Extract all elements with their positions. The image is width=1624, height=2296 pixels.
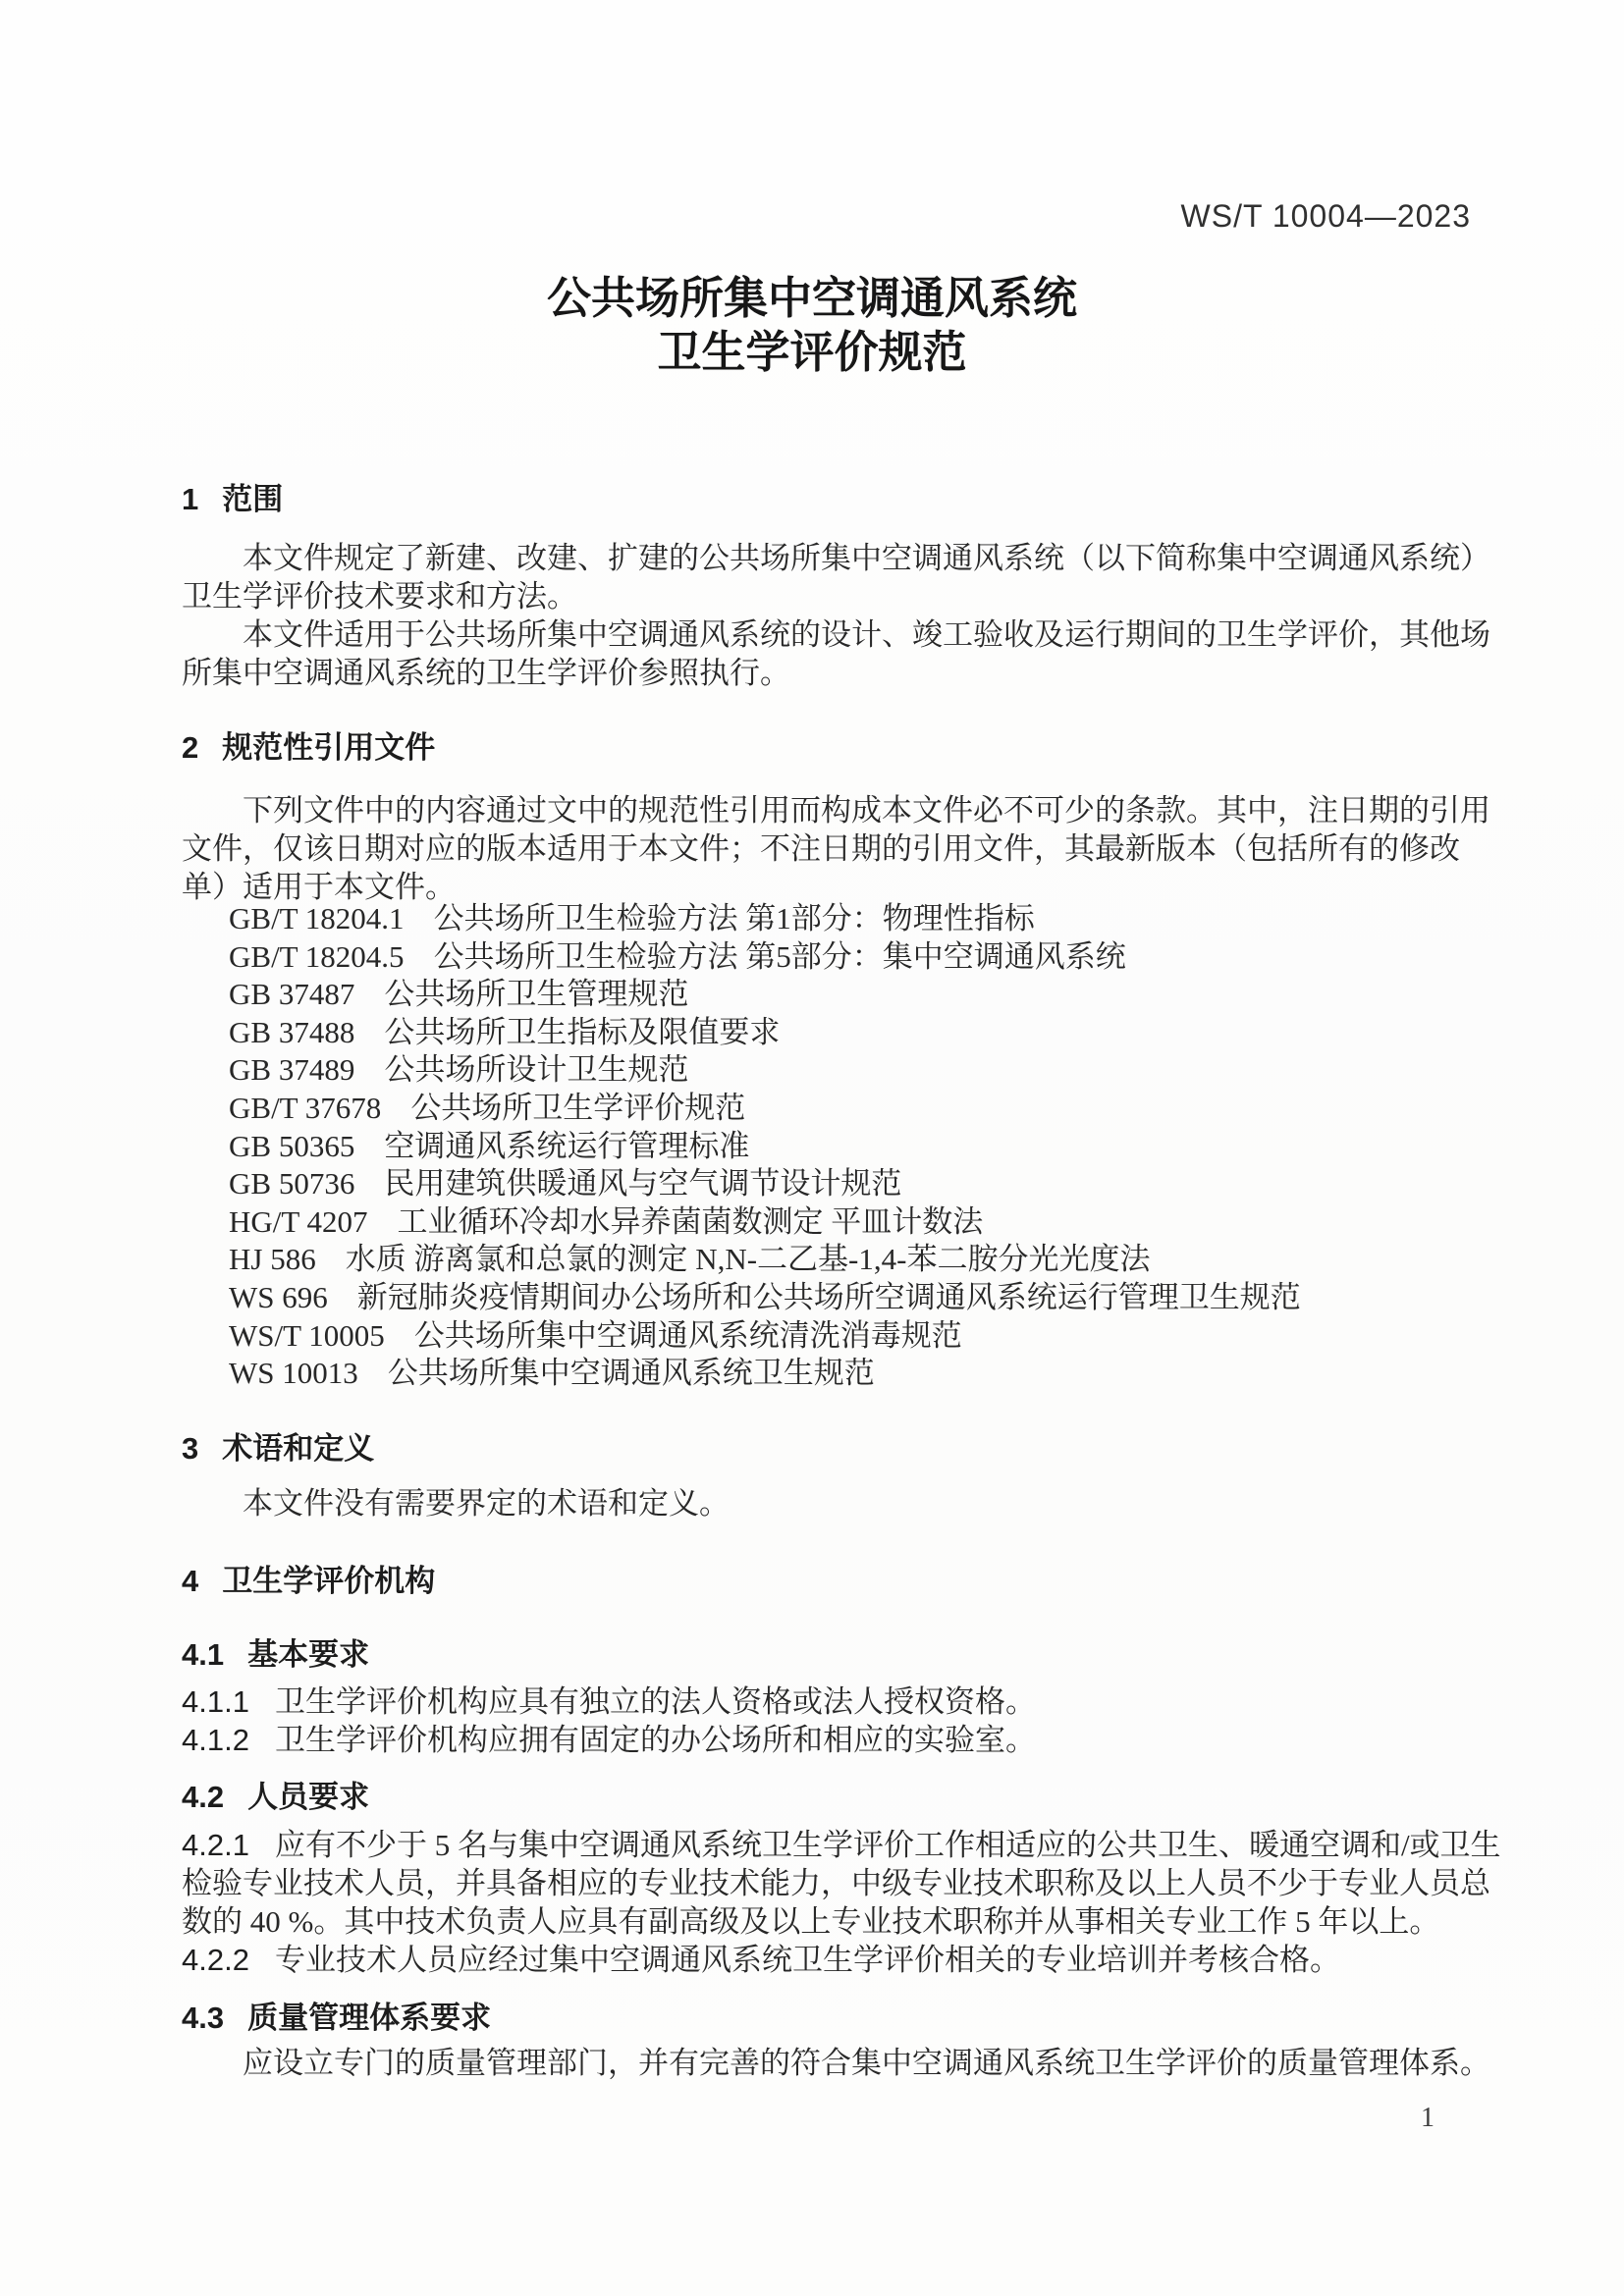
- clause-text: 卫生学评价机构应拥有固定的办公场所和相应的实验室。: [275, 1723, 1036, 1757]
- reference-title: 公共场所卫生学评价规范: [410, 1091, 745, 1125]
- clause-text: 应有不少于 5 名与集中空调通风系统卫生学评价工作相适应的公共卫生、暖通空调和/…: [182, 1828, 1501, 1939]
- scope-paragraph-1: 本文件规定了新建、改建、扩建的公共场所集中空调通风系统（以下简称集中空调通风系统…: [182, 539, 1502, 615]
- subsection-heading-quality: 4.3质量管理体系要求: [182, 1993, 1502, 2037]
- section-label: 术语和定义: [222, 1431, 374, 1466]
- reference-item: HG/T 4207工业循环冷却水异养菌菌数测定 平皿计数法: [229, 1203, 1549, 1242]
- basic-clauses: 4.1.1卫生学评价机构应具有独立的法人资格或法人授权资格。 4.1.2卫生学评…: [182, 1682, 1502, 1759]
- reference-item: GB/T 18204.1公共场所卫生检验方法 第1部分：物理性指标: [229, 900, 1549, 938]
- section-heading-terms: 3术语和定义: [182, 1423, 1502, 1468]
- section-label: 范围: [222, 482, 283, 516]
- reference-code: GB 37489: [229, 1051, 354, 1090]
- section-heading-references: 2规范性引用文件: [182, 722, 1502, 767]
- clause-number: 4.1.1: [182, 1684, 249, 1719]
- section-number: 4.3: [182, 2001, 224, 2035]
- scope-paragraph-2: 本文件适用于公共场所集中空调通风系统的设计、竣工验收及运行期间的卫生学评价，其他…: [182, 615, 1502, 692]
- reference-code: GB/T 37678: [229, 1090, 381, 1128]
- clause-number: 4.1.2: [182, 1723, 249, 1757]
- section-number: 4.1: [182, 1637, 224, 1672]
- reference-item: GB/T 37678公共场所卫生学评价规范: [229, 1090, 1549, 1128]
- reference-title: 空调通风系统运行管理标准: [384, 1129, 749, 1163]
- reference-title: 公共场所设计卫生规范: [384, 1052, 688, 1087]
- section-number: 1: [182, 482, 198, 516]
- reference-item: GB 37488公共场所卫生指标及限值要求: [229, 1014, 1549, 1052]
- reference-code: HG/T 4207: [229, 1203, 368, 1242]
- reference-item: HJ 586水质 游离氯和总氯的测定 N,N-二乙基-1,4-苯二胺分光光度法: [229, 1241, 1549, 1279]
- reference-title: 民用建筑供暖通风与空气调节设计规范: [384, 1166, 901, 1201]
- reference-code: HJ 586: [229, 1241, 316, 1279]
- reference-item: WS 10013公共场所集中空调通风系统卫生规范: [229, 1355, 1549, 1393]
- reference-item: GB 50736民用建筑供暖通风与空气调节设计规范: [229, 1165, 1549, 1203]
- reference-item: GB/T 18204.5公共场所卫生检验方法 第5部分：集中空调通风系统: [229, 938, 1549, 977]
- reference-title: 工业循环冷却水异养菌菌数测定 平皿计数法: [398, 1204, 984, 1239]
- document-title-line2: 卫生学评价规范: [0, 325, 1624, 379]
- references-list: GB/T 18204.1公共场所卫生检验方法 第1部分：物理性指标 GB/T 1…: [182, 900, 1549, 1393]
- reference-item: GB 37489公共场所设计卫生规范: [229, 1051, 1549, 1090]
- clause-number: 4.2.1: [182, 1828, 249, 1862]
- reference-item: GB 50365空调通风系统运行管理标准: [229, 1128, 1549, 1166]
- terms-paragraph: 本文件没有需要界定的术语和定义。: [182, 1484, 1502, 1522]
- subsection-heading-personnel: 4.2人员要求: [182, 1772, 1502, 1816]
- reference-code: GB/T 18204.5: [229, 938, 405, 977]
- reference-item: WS 696新冠肺炎疫情期间办公场所和公共场所空调通风系统运行管理卫生规范: [229, 1279, 1549, 1317]
- clause: 4.2.2专业技术人员应经过集中空调通风系统卫生学评价相关的专业培训并考核合格。: [182, 1941, 1502, 1979]
- section-label: 质量管理体系要求: [247, 2001, 491, 2035]
- reference-title: 公共场所卫生检验方法 第5部分：集中空调通风系统: [434, 939, 1126, 974]
- section-number: 2: [182, 730, 198, 765]
- scope-body: 本文件规定了新建、改建、扩建的公共场所集中空调通风系统（以下简称集中空调通风系统…: [182, 539, 1502, 692]
- reference-code: GB 37487: [229, 976, 354, 1014]
- references-intro-block: 下列文件中的内容通过文中的规范性引用而构成本文件必不可少的条款。其中，注日期的引…: [182, 791, 1502, 906]
- subsection-heading-basic: 4.1基本要求: [182, 1629, 1502, 1674]
- section-label: 规范性引用文件: [222, 730, 435, 765]
- reference-title: 公共场所卫生管理规范: [384, 977, 688, 1011]
- reference-item: WS/T 10005公共场所集中空调通风系统清洗消毒规范: [229, 1317, 1549, 1356]
- section-label: 卫生学评价机构: [222, 1564, 435, 1598]
- clause: 4.1.2卫生学评价机构应拥有固定的办公场所和相应的实验室。: [182, 1721, 1502, 1759]
- clause-number: 4.2.2: [182, 1943, 249, 1977]
- section-number: 4: [182, 1564, 198, 1598]
- reference-code: GB 50736: [229, 1165, 354, 1203]
- clause-text: 专业技术人员应经过集中空调通风系统卫生学评价相关的专业培训并考核合格。: [275, 1943, 1340, 1977]
- section-label: 人员要求: [247, 1780, 369, 1814]
- document-title-line1: 公共场所集中空调通风系统: [0, 271, 1624, 325]
- reference-title: 公共场所集中空调通风系统卫生规范: [388, 1356, 875, 1390]
- reference-code: WS 10013: [229, 1355, 358, 1393]
- reference-code: WS/T 10005: [229, 1317, 385, 1356]
- clause: 4.1.1卫生学评价机构应具有独立的法人资格或法人授权资格。: [182, 1682, 1502, 1721]
- reference-code: GB 37488: [229, 1014, 354, 1052]
- reference-code: GB/T 18204.1: [229, 900, 405, 938]
- reference-item: GB 37487公共场所卫生管理规范: [229, 976, 1549, 1014]
- reference-title: 公共场所卫生检验方法 第1部分：物理性指标: [434, 901, 1035, 935]
- reference-code: GB 50365: [229, 1128, 354, 1166]
- section-label: 基本要求: [247, 1637, 369, 1672]
- section-number: 4.2: [182, 1780, 224, 1814]
- references-intro: 下列文件中的内容通过文中的规范性引用而构成本文件必不可少的条款。其中，注日期的引…: [182, 791, 1502, 906]
- document-page: WS/T 10004—2023 公共场所集中空调通风系统 卫生学评价规范 1范围…: [0, 0, 1624, 2296]
- quality-paragraph: 应设立专门的质量管理部门，并有完善的符合集中空调通风系统卫生学评价的质量管理体系…: [182, 2044, 1502, 2082]
- section-heading-organization: 4卫生学评价机构: [182, 1556, 1502, 1600]
- reference-code: WS 696: [229, 1279, 328, 1317]
- reference-title: 水质 游离氯和总氯的测定 N,N-二乙基-1,4-苯二胺分光光度法: [346, 1242, 1151, 1276]
- standard-number: WS/T 10004—2023: [1181, 198, 1471, 235]
- terms-body: 本文件没有需要界定的术语和定义。: [182, 1484, 1502, 1522]
- document-title: 公共场所集中空调通风系统 卫生学评价规范: [0, 271, 1624, 379]
- quality-body: 应设立专门的质量管理部门，并有完善的符合集中空调通风系统卫生学评价的质量管理体系…: [182, 2044, 1502, 2082]
- section-heading-scope: 1范围: [182, 474, 1502, 518]
- page-number: 1: [1421, 2103, 1435, 2134]
- reference-title: 公共场所集中空调通风系统清洗消毒规范: [414, 1318, 962, 1353]
- reference-title: 公共场所卫生指标及限值要求: [384, 1015, 780, 1049]
- section-number: 3: [182, 1431, 198, 1466]
- clause: 4.2.1应有不少于 5 名与集中空调通风系统卫生学评价工作相适应的公共卫生、暖…: [182, 1826, 1502, 1941]
- clause-text: 卫生学评价机构应具有独立的法人资格或法人授权资格。: [275, 1684, 1036, 1719]
- personnel-clauses: 4.2.1应有不少于 5 名与集中空调通风系统卫生学评价工作相适应的公共卫生、暖…: [182, 1826, 1502, 1979]
- reference-title: 新冠肺炎疫情期间办公场所和公共场所空调通风系统运行管理卫生规范: [357, 1280, 1301, 1314]
